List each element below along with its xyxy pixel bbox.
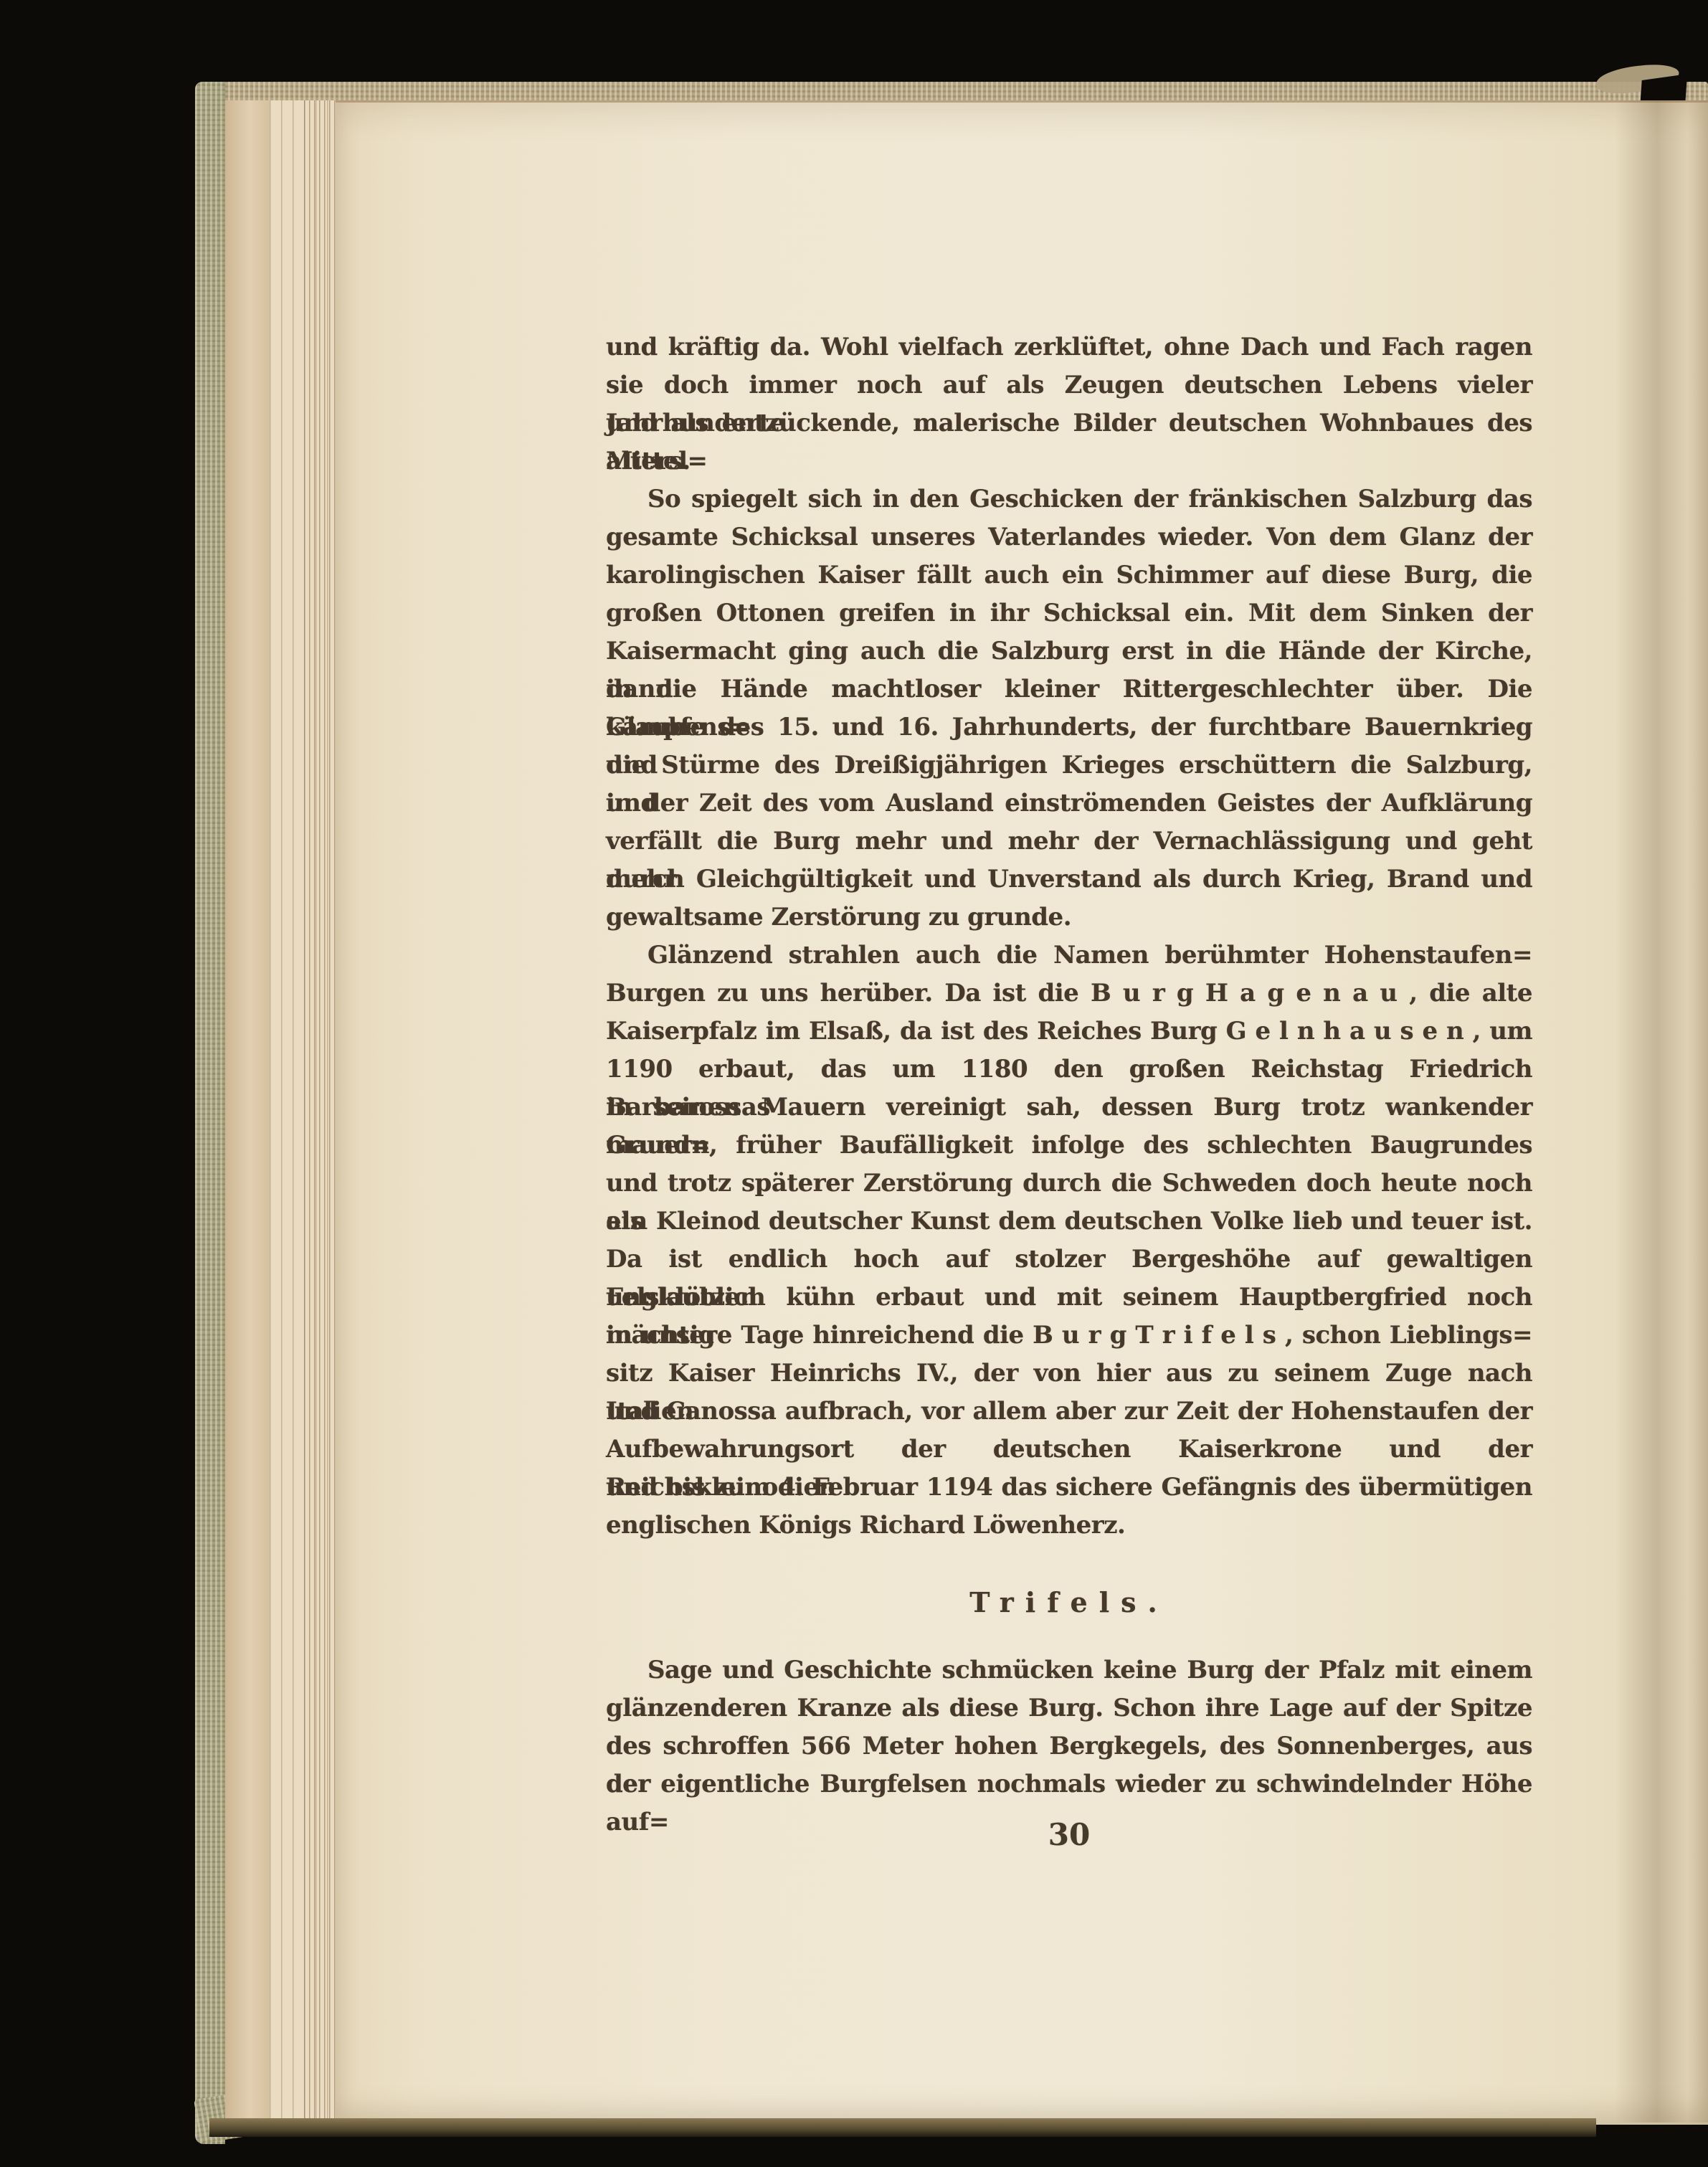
text-line: unglaublich kühn erbaut und mit seinem H… xyxy=(606,1279,1532,1317)
text-line: und kräftig da. Wohl vielfach zerklüftet… xyxy=(606,328,1532,366)
text-line: Glänzend strahlen auch die Namen berühmt… xyxy=(606,936,1532,975)
text-line: gewaltsame Zerstörung zu grunde. xyxy=(606,898,1532,936)
text-line: 1190 erbaut, das um 1180 den großen Reic… xyxy=(606,1051,1532,1089)
bottom-page-edges xyxy=(209,2118,1596,2137)
text-line: mauern, früher Baufälligkeit infolge des… xyxy=(606,1127,1532,1165)
text-line: Da ist endlich hoch auf stolzer Bergeshö… xyxy=(606,1241,1532,1279)
text-block: und kräftig da. Wohl vielfach zerklüftet… xyxy=(606,328,1532,1803)
text-line: gesamte Schicksal unseres Vaterlandes wi… xyxy=(606,518,1532,556)
text-line: Burgen zu uns herüber. Da ist die B u r … xyxy=(606,975,1532,1013)
paragraph: Sage und Geschichte schmücken keine Burg… xyxy=(606,1651,1532,1803)
text-line: So spiegelt sich in den Geschicken der f… xyxy=(606,480,1532,518)
paragraph: und kräftig da. Wohl vielfach zerklüftet… xyxy=(606,328,1532,480)
text-line: der eigentliche Burgfelsen nochmals wied… xyxy=(606,1765,1532,1803)
text-line: und Canossa aufbrach, vor allem aber zur… xyxy=(606,1393,1532,1431)
page-stack-edges xyxy=(270,100,336,2124)
text-line: Aufbewahrungsort der deutschen Kaiserkro… xyxy=(606,1431,1532,1469)
text-line: in seinen Mauern vereinigt sah, dessen B… xyxy=(606,1089,1532,1127)
text-line: durch Gleichgültigkeit und Unverstand al… xyxy=(606,860,1532,898)
text-line: kämpfe des 15. und 16. Jahrhunderts, der… xyxy=(606,708,1532,746)
text-line: ein Kleinod deutscher Kunst dem deutsche… xyxy=(606,1203,1532,1241)
text-line: englischen Königs Richard Löwenherz. xyxy=(606,1507,1532,1545)
text-line: und als entzückende, malerische Bilder d… xyxy=(606,404,1532,442)
text-line: glänzenderen Kranze als diese Burg. Scho… xyxy=(606,1689,1532,1727)
text-line: und trotz späterer Zerstörung durch die … xyxy=(606,1165,1532,1203)
book-cover-left-edge xyxy=(195,82,225,2144)
paragraph: Glänzend strahlen auch die Namen berühmt… xyxy=(606,936,1532,1545)
book-scan-photo: und kräftig da. Wohl vielfach zerklüftet… xyxy=(0,0,1708,2167)
text-line: sitz Kaiser Heinrichs IV., der von hier … xyxy=(606,1355,1532,1393)
text-line: karolingischen Kaiser fällt auch ein Sch… xyxy=(606,556,1532,594)
section-heading: Trifels. xyxy=(606,1583,1532,1621)
text-line: verfällt die Burg mehr und mehr der Vern… xyxy=(606,822,1532,860)
text-line: alters. xyxy=(606,442,1532,480)
page-number: 30 xyxy=(606,1817,1532,1852)
text-line: in die Hände machtloser kleiner Ritterge… xyxy=(606,670,1532,708)
text-line: die Stürme des Dreißigjährigen Krieges e… xyxy=(606,746,1532,784)
text-line: Kaiserpfalz im Elsaß, da ist des Reiches… xyxy=(606,1013,1532,1051)
page-curl-shadow xyxy=(1615,100,1708,2123)
endpaper-edge xyxy=(225,100,270,2127)
text-line: des schroffen 566 Meter hohen Bergkegels… xyxy=(606,1727,1532,1765)
text-line: in unsere Tage hinreichend die B u r g T… xyxy=(606,1317,1532,1355)
text-line: sie doch immer noch auf als Zeugen deuts… xyxy=(606,366,1532,404)
text-line: und bis zum 4. Februar 1194 das sichere … xyxy=(606,1469,1532,1507)
text-line: Sage und Geschichte schmücken keine Burg… xyxy=(606,1651,1532,1689)
paragraph: So spiegelt sich in den Geschicken der f… xyxy=(606,480,1532,936)
text-line: großen Ottonen greifen in ihr Schicksal … xyxy=(606,594,1532,632)
text-line: in der Zeit des vom Ausland einströmende… xyxy=(606,784,1532,822)
text-line: Kaisermacht ging auch die Salzburg erst … xyxy=(606,632,1532,670)
